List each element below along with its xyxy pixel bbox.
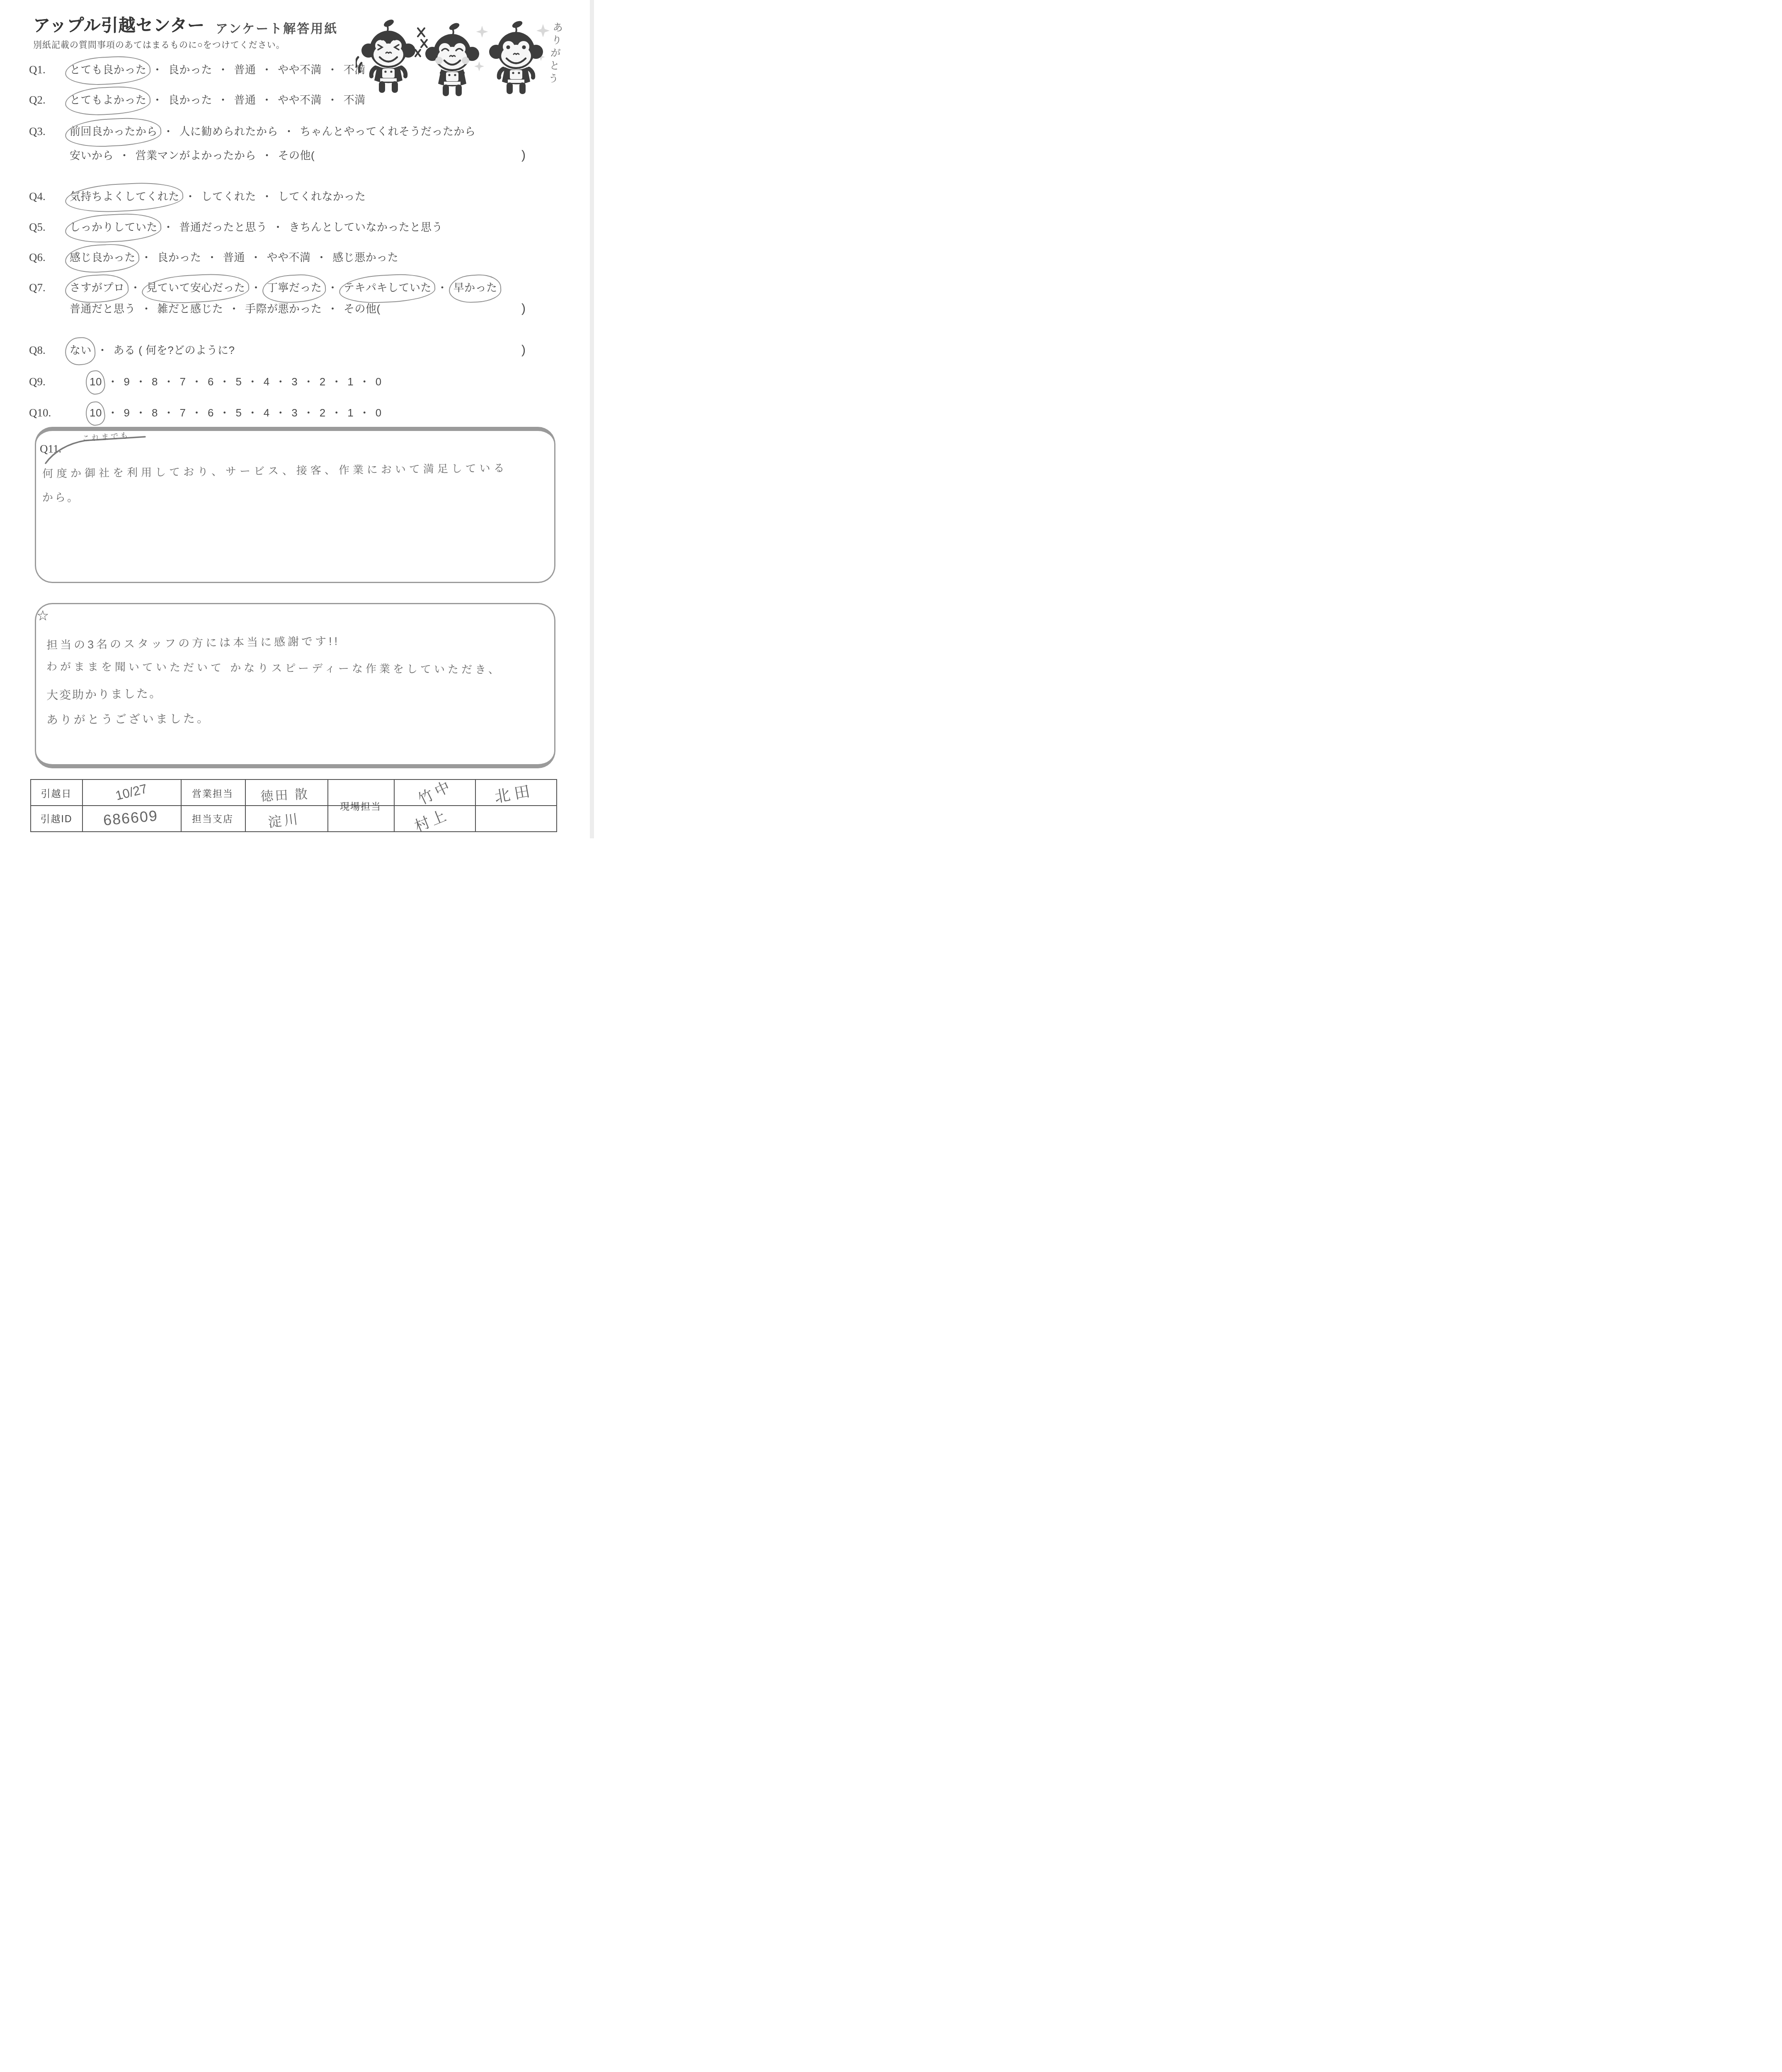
comment-handwritten-line: 大変助かりました。 <box>46 685 162 703</box>
question-options-row: とてもよかった・良かった・普通・やや不満・不満 <box>70 92 366 107</box>
question-options-row: ない・ある ( 何を?どのように? <box>70 343 235 358</box>
separator-dot: ・ <box>262 190 273 203</box>
option: やや不満 <box>278 92 322 107</box>
option-circled: 10 <box>90 374 102 389</box>
field-crew-signature-2: 村上 <box>411 804 451 836</box>
question-id: Q2. <box>29 92 46 107</box>
option-circled: 感じ良かった <box>70 250 136 265</box>
option: 7 <box>179 374 186 389</box>
separator-dot: ・ <box>303 407 314 419</box>
separator-dot: ・ <box>262 63 273 76</box>
question-id: Q3. <box>29 124 46 139</box>
separator-dot: ・ <box>207 251 218 264</box>
separator-dot: ・ <box>251 281 262 294</box>
question-id: Q4. <box>29 189 46 204</box>
option: 良かった <box>168 62 212 77</box>
separator-dot: ・ <box>191 375 202 388</box>
question-options-row: 普通だと思う・雑だと感じた・手際が悪かった・その他( <box>70 301 381 316</box>
option-circled: 早かった <box>453 280 497 295</box>
separator-dot: ・ <box>303 375 314 388</box>
option: 9 <box>124 374 130 389</box>
move-id-label: 引越ID <box>41 811 73 825</box>
option: 3 <box>291 374 298 389</box>
branch-signature: 淀川 <box>267 808 301 831</box>
field-crew-signature-3: 北田 <box>492 778 536 807</box>
table-divider <box>31 805 556 806</box>
separator-dot: ・ <box>141 251 152 264</box>
separator-dot: ・ <box>359 407 370 419</box>
separator-dot: ・ <box>218 94 229 106</box>
option: 5 <box>235 405 242 420</box>
separator-dot: ・ <box>191 407 202 419</box>
sales-rep-signature: 徳田 散 <box>260 783 310 804</box>
option: その他( <box>278 148 315 163</box>
option: 安いから <box>70 148 114 163</box>
option-circled: しっかりしていた <box>70 220 158 235</box>
comment-handwritten-line: わがままを聞いていただいて かなりスピーディーな作業をしていただき、 <box>46 658 502 677</box>
separator-dot: ・ <box>163 221 174 233</box>
option: 人に勧められたから <box>179 124 279 139</box>
option: してくれた <box>201 189 257 204</box>
option: 営業マンがよかったから <box>136 148 257 163</box>
option: 不満 <box>344 62 366 77</box>
option: やや不満 <box>278 62 322 77</box>
field-crew-label: 現場担当 <box>340 799 381 813</box>
branch-label: 担当支店 <box>192 811 233 825</box>
option: 9 <box>124 405 130 420</box>
option-circled: 10 <box>90 405 102 420</box>
separator-dot: ・ <box>275 375 286 388</box>
separator-dot: ・ <box>327 303 339 315</box>
question-options-row: 気持ちよくしてくれた・してくれた・してくれなかった <box>70 189 366 204</box>
question-options-row: しっかりしていた・普通だったと思う・きちんとしていなかったと思う <box>70 220 443 235</box>
separator-dot: ・ <box>327 281 339 294</box>
separator-dot: ・ <box>219 407 230 419</box>
option-circled: ない <box>70 343 92 358</box>
option: してくれなかった <box>278 189 366 204</box>
option: 8 <box>152 374 158 389</box>
option: 1 <box>347 374 354 389</box>
move-id-value: 686609 <box>102 807 158 829</box>
move-date-label: 引越日 <box>41 786 72 800</box>
option-circled: 前回良かったから <box>70 124 158 139</box>
option: きちんとしていなかったと思う <box>289 220 443 235</box>
separator-dot: ・ <box>331 407 342 419</box>
option-circled: さすがプロ <box>70 280 125 295</box>
question-options-row: 前回良かったから・人に勧められたから・ちゃんとやってくれそうだったから <box>70 124 476 139</box>
option: 1 <box>347 405 354 420</box>
question-id: Q9. <box>29 374 46 389</box>
separator-dot: ・ <box>247 375 258 388</box>
separator-dot: ・ <box>152 94 163 106</box>
question-id: Q1. <box>29 62 46 77</box>
separator-dot: ・ <box>218 63 229 76</box>
option: 普通 <box>234 62 256 77</box>
question-id: Q10. <box>29 405 51 420</box>
field-crew-signature-1: 竹中 <box>414 774 456 809</box>
option-circled: 丁寧だった <box>267 280 322 295</box>
option: 0 <box>376 374 382 389</box>
separator-dot: ・ <box>262 149 273 162</box>
separator-dot: ・ <box>316 251 327 264</box>
separator-dot: ・ <box>437 281 448 294</box>
option: 6 <box>208 374 214 389</box>
separator-dot: ・ <box>185 190 196 203</box>
separator-dot: ・ <box>229 303 240 315</box>
question-options-row: 10・9・8・7・6・5・4・3・2・1・0 <box>90 405 382 420</box>
option: その他( <box>344 301 381 316</box>
option: 8 <box>152 405 158 420</box>
separator-dot: ・ <box>97 344 108 356</box>
option-circled: 気持ちよくしてくれた <box>70 189 179 204</box>
separator-dot: ・ <box>250 251 262 264</box>
separator-dot: ・ <box>130 281 141 294</box>
comment-handwritten-line: ありがとうございました。 <box>46 709 211 727</box>
sales-rep-label: 営業担当 <box>192 786 233 800</box>
separator-dot: ・ <box>247 407 258 419</box>
option: 3 <box>291 405 298 420</box>
question-options-row: 10・9・8・7・6・5・4・3・2・1・0 <box>90 374 382 389</box>
separator-dot: ・ <box>284 125 295 138</box>
question-options-row: さすがプロ・見ていて安心だった・丁寧だった・テキパキしていた・早かった <box>70 280 497 295</box>
option-circled: テキパキしていた <box>344 280 432 295</box>
option: 普通 <box>234 92 256 107</box>
option: 4 <box>264 374 270 389</box>
question-id: Q5. <box>29 220 46 235</box>
closing-paren: ) <box>521 299 526 319</box>
option-circled: とてもよかった <box>70 92 147 107</box>
option: 不満 <box>344 92 366 107</box>
separator-dot: ・ <box>331 375 342 388</box>
separator-dot: ・ <box>262 94 273 106</box>
separator-dot: ・ <box>359 375 370 388</box>
q11-label: Q11. <box>40 443 61 455</box>
separator-dot: ・ <box>219 375 230 388</box>
move-date-value: 10/27 <box>114 781 149 804</box>
closing-paren: ) <box>521 340 526 360</box>
question-id: Q8. <box>29 343 46 358</box>
option: 普通だと思う <box>70 301 136 316</box>
star-icon: ☆ <box>36 608 49 624</box>
q11-handwritten-line: から。 <box>42 489 80 504</box>
separator-dot: ・ <box>135 375 146 388</box>
separator-dot: ・ <box>107 375 119 388</box>
question-id: Q7. <box>29 280 46 295</box>
option-circled: とても良かった <box>70 62 147 77</box>
separator-dot: ・ <box>327 63 338 76</box>
option-circled: 見ていて安心だった <box>146 280 245 295</box>
summary-table: 引越日 引越ID 営業担当 担当支店 現場担当 10/27 686609 徳田 … <box>30 779 557 832</box>
separator-dot: ・ <box>163 375 175 388</box>
separator-dot: ・ <box>119 149 130 162</box>
option: 4 <box>264 405 270 420</box>
closing-paren: ) <box>521 145 526 165</box>
option: 2 <box>320 405 326 420</box>
separator-dot: ・ <box>163 125 174 138</box>
option: 6 <box>208 405 214 420</box>
option: 良かった <box>158 250 201 265</box>
option: 5 <box>235 374 242 389</box>
option: 普通だったと思う <box>179 220 267 235</box>
survey-answer-sheet: アップル引越センター アンケート解答用紙 別紙記載の質問事項のあてはまるものに○… <box>0 0 594 838</box>
option: 雑だと感じた <box>158 301 223 316</box>
option: 良かった <box>168 92 212 107</box>
option: ある ( 何を?どのように? <box>114 343 235 358</box>
q11-comment-box <box>35 427 555 583</box>
question-options-row: 感じ良かった・良かった・普通・やや不満・感じ悪かった <box>70 250 398 265</box>
separator-dot: ・ <box>135 407 146 419</box>
option: やや不満 <box>267 250 311 265</box>
option: ちゃんとやってくれそうだったから <box>300 124 476 139</box>
question-id: Q6. <box>29 250 46 265</box>
question-options-row: とても良かった・良かった・普通・やや不満・不満 <box>70 62 366 77</box>
separator-dot: ・ <box>152 63 163 76</box>
option: 2 <box>320 374 326 389</box>
separator-dot: ・ <box>163 407 175 419</box>
separator-dot: ・ <box>275 407 286 419</box>
option: 感じ悪かった <box>332 250 398 265</box>
option: 7 <box>179 405 186 420</box>
option: 普通 <box>223 250 245 265</box>
option: 手際が悪かった <box>245 301 322 316</box>
separator-dot: ・ <box>107 407 119 419</box>
question-options-row: 安いから・営業マンがよかったから・その他( <box>70 148 315 163</box>
option: 0 <box>376 405 382 420</box>
separator-dot: ・ <box>273 221 284 233</box>
separator-dot: ・ <box>141 303 152 315</box>
separator-dot: ・ <box>327 94 338 106</box>
